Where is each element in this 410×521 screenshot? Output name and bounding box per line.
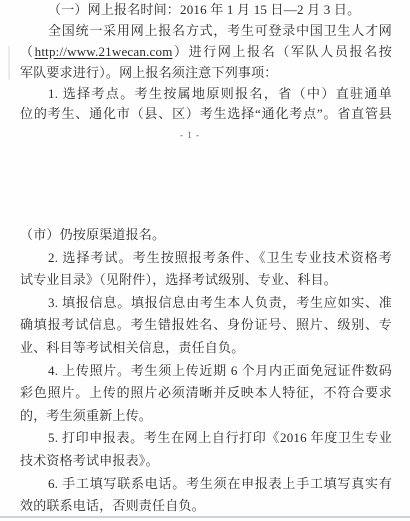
scanned-document-page: （一）网上报名时间：2016 年 1 月 15 日—2 月 3 日。 全国统一采… xyxy=(0,0,410,521)
page2-item3-fill-info: 3. 填报信息。填报信息由考生本人负责，考生应如实、准 xyxy=(20,292,392,315)
page1-text-block: （一）网上报名时间：2016 年 1 月 15 日—2 月 3 日。 全国统一采… xyxy=(20,0,392,125)
page1-line-6: 位的考生、通化市（县、区）考生选择“通化考点”。省直管县 xyxy=(20,104,392,125)
page2-line-9: 的，考生须重新上传。 xyxy=(20,405,392,428)
page1-line-2: 全国统一采用网上报名方式，考生可登录中国卫生人才网 xyxy=(20,21,392,42)
page2-item2-select-exam: 2. 选择考试。考生按照报考条件、《卫生专业技术资格考 xyxy=(20,247,392,270)
page2-line-11: 技术资格考试申报表》。 xyxy=(20,450,392,473)
open-paren: （ xyxy=(20,44,35,59)
page2-line-13: 效的联系电话，否则责任自负。 xyxy=(20,495,392,518)
page1-line-3: （http://www.21wecan.com）进行网上报名（军队人员报名按 xyxy=(20,42,392,63)
page1-line-registration-time: （一）网上报名时间：2016 年 1 月 15 日—2 月 3 日。 xyxy=(20,0,392,21)
page2-item5-print-form: 5. 打印申报表。考生在网上自行打印《2016 年度卫生专业 xyxy=(20,427,392,450)
page1-line-4: 军队要求进行）。网上报名须注意下列事项： xyxy=(20,63,392,84)
page2-line-6: 业、科目等考试相关信息，责任自负。 xyxy=(20,337,392,360)
page2-item4-upload-photo: 4. 上传照片。考生须上传近期 6 个月内正面免冠证件数码 xyxy=(20,360,392,383)
page1-line-3-rest: ）进行网上报名（军队人员报名按 xyxy=(173,44,392,59)
page2-line-8: 彩色照片。上传的照片必须清晰并反映本人特征，不符合要求 xyxy=(20,382,392,405)
page2-line-1: （市）仍按原渠道报名。 xyxy=(20,224,392,247)
page2-item6-write-phone: 6. 手工填写联系电话。考生须在申报表上手工填写真实有 xyxy=(20,473,392,496)
page-boundary-divider xyxy=(0,516,410,518)
page2-line-3: 试专业目录》（见附件），选择考试级别、专业、科目。 xyxy=(20,269,392,292)
registration-url-text: http://www.21wecan.com xyxy=(35,44,173,59)
page2-text-block: （市）仍按原渠道报名。 2. 选择考试。考生按照报考条件、《卫生专业技术资格考 … xyxy=(20,224,392,518)
page2-line-5: 确填报考试信息。考生错报姓名、身份证号、照片、级别、专 xyxy=(20,314,392,337)
scan-artifact-line xyxy=(8,46,10,80)
page1-item1-select-site: 1. 选择考点。考生按属地原则报名，省（中）直驻通单 xyxy=(20,84,392,105)
page-number: - 1 - xyxy=(0,130,380,140)
